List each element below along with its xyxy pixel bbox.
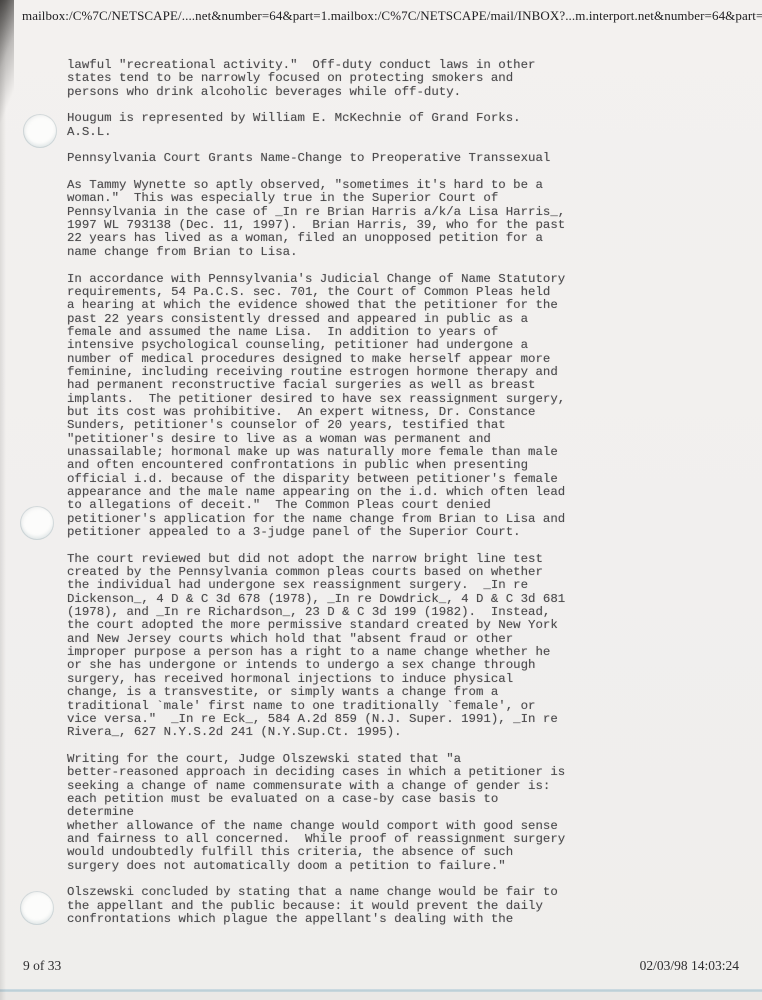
print-header-url: mailbox:/C%7C/NETSCAPE/mail/INBOX?...m.i… — [331, 8, 762, 24]
paragraph-common-pleas-hearing: In accordance with Pennsylvania's Judici… — [67, 273, 627, 540]
print-header-title: mailbox:/C%7C/NETSCAPE/....net&number=64… — [22, 8, 331, 24]
print-footer: 9 of 33 02/03/98 14:03:24 — [23, 958, 739, 974]
punch-hole-bottom — [20, 891, 54, 925]
print-header: mailbox:/C%7C/NETSCAPE/....net&number=64… — [22, 8, 746, 24]
scan-corner-artifact — [0, 0, 14, 150]
paragraph-judge-olszewski-quote: Writing for the court, Judge Olszewski s… — [67, 753, 627, 873]
paragraph-case-intro: As Tammy Wynette so aptly observed, "som… — [67, 179, 627, 259]
paragraph-offduty-conduct: lawful "recreational activity." Off-duty… — [67, 59, 627, 99]
punch-hole-top — [23, 114, 57, 148]
punch-hole-middle — [20, 506, 54, 540]
print-timestamp: 02/03/98 14:03:24 — [640, 958, 739, 974]
scanned-document-page: mailbox:/C%7C/NETSCAPE/....net&number=64… — [0, 0, 762, 1000]
document-body: lawful "recreational activity." Off-duty… — [67, 59, 627, 940]
paragraph-olszewski-conclusion: Olszewski concluded by stating that a na… — [67, 886, 627, 926]
scan-edge-strip — [0, 992, 762, 1000]
scan-left-edge-shade — [0, 0, 6, 1000]
paragraph-hougum-counsel: Hougum is represented by William E. McKe… — [67, 112, 627, 139]
paragraph-court-review: The court reviewed but did not adopt the… — [67, 553, 627, 740]
page-indicator: 9 of 33 — [23, 958, 61, 974]
article-headline: Pennsylvania Court Grants Name-Change to… — [67, 152, 627, 165]
